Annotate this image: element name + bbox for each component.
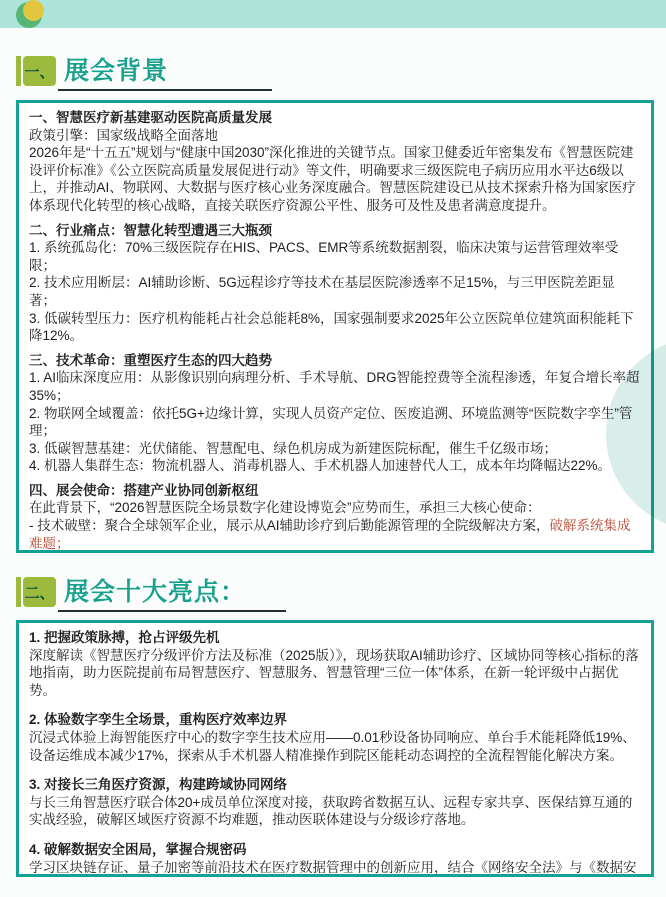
text-segment: 3. 低碳转型压力：医疗机构能耗占社会总能耗8%，国家强制要求2025年公立医院… (29, 311, 634, 344)
section-number: 一、 (24, 61, 54, 82)
text-segment: 3. 低碳智慧基建：光伏储能、智慧配电、绿色机房成为新建医院标配，催生千亿级市场… (29, 441, 557, 456)
top-banner (0, 0, 666, 28)
section1-title: 展会背景 (64, 56, 168, 86)
header-accent-bar (16, 577, 21, 607)
paragraph: 1. 系统孤岛化：70%三级医院存在HIS、PACS、EMR等系统数据割裂，临床… (29, 239, 641, 274)
text-block: 3. 对接长三角医疗资源，构建跨域协同网络与长三角智慧医疗联合体20+成员单位深… (29, 776, 641, 829)
paragraph: 3. 低碳转型压力：医疗机构能耗占社会总能耗8%，国家强制要求2025年公立医院… (29, 310, 641, 345)
text-segment: 政策引擎：国家级战略全面落地 (29, 128, 218, 143)
paragraph: - 生态共建：联合卫健委、医院协会及长三角医疗集团，推动分级诊疗平台标准化与区域… (29, 552, 641, 553)
paragraph: 3. 低碳智慧基建：光伏储能、智慧配电、绿色机房成为新建医院标配，催生千亿级市场… (29, 440, 641, 458)
text-block: 二、行业痛点：智慧化转型遭遇三大瓶颈1. 系统孤岛化：70%三级医院存在HIS、… (29, 222, 641, 345)
block-heading: 3. 对接长三角医疗资源，构建跨域协同网络 (29, 776, 641, 794)
text-block: 1. 把握政策脉搏，抢占评级先机深度解读《智慧医疗分级评价方法及标准（2025版… (29, 629, 641, 699)
section1-header: 一、 展会背景 (16, 54, 168, 88)
paragraph: 在此背景下，“2026智慧医院全场景数字化建设博览会”应势而生，承担三大核心使命… (29, 499, 641, 517)
section-number-badge: 一、 (23, 56, 56, 86)
block-heading: 二、行业痛点：智慧化转型遭遇三大瓶颈 (29, 222, 641, 240)
paragraph: 2026年是“十五五”规划与“健康中国2030”深化推进的关键节点。国家卫健委近… (29, 144, 641, 214)
block-heading: 四、展会使命：搭建产业协同创新枢纽 (29, 482, 641, 500)
text-segment: 沉浸式体验上海智能医疗中心的数字孪生技术应用——0.01秒设备协同响应、单台手术… (29, 730, 636, 763)
header-underline (58, 89, 272, 91)
section2-card: 1. 把握政策脉搏，抢占评级先机深度解读《智慧医疗分级评价方法及标准（2025版… (16, 620, 654, 877)
paragraph: 1. AI临床深度应用：从影像识别向病理分析、手术导航、DRG智能控费等全流程渗… (29, 369, 641, 404)
paragraph: 4. 机器人集群生态：物流机器人、消毒机器人、手术机器人加速替代人工，成本年均降… (29, 457, 641, 475)
paragraph: 深度解读《智慧医疗分级评价方法及标准（2025版）》，现场获取AI辅助诊疗、区域… (29, 647, 641, 700)
text-segment: 与长三角智慧医疗联合体20+成员单位深度对接，获取跨省数据互认、远程专家共享、医… (29, 795, 632, 828)
text-segment: 4. 机器人集群生态：物流机器人、消毒机器人、手术机器人加速替代人工，成本年均降… (29, 458, 611, 473)
section-number-badge: 二、 (23, 577, 56, 607)
decor-yellow-circle (23, 0, 44, 21)
header-accent-bar (16, 56, 21, 86)
text-segment: 学习区块链存证、量子加密等前沿技术在医疗数据管理中的创新应用，结合《网络安全法》… (29, 860, 637, 877)
block-heading: 三、技术革命：重塑医疗生态的四大趋势 (29, 352, 641, 370)
text-block: 4. 破解数据安全困局，掌握合规密码学习区块链存证、量子加密等前沿技术在医疗数据… (29, 841, 641, 877)
text-segment: 2. 技术应用断层：AI辅助诊断、5G远程诊疗等技术在基层医院渗透率不足15%，… (29, 275, 615, 308)
text-block: 一、智慧医疗新基建驱动医院高质量发展政策引擎：国家级战略全面落地2026年是“十… (29, 109, 641, 215)
text-segment: 1. 系统孤岛化：70%三级医院存在HIS、PACS、EMR等系统数据割裂，临床… (29, 240, 618, 273)
text-block: 四、展会使命：搭建产业协同创新枢纽在此背景下，“2026智慧医院全场景数字化建设… (29, 482, 641, 553)
paragraph: 政策引擎：国家级战略全面落地 (29, 127, 641, 145)
paragraph: 2. 物联网全域覆盖：依托5G+边缘计算，实现人员资产定位、医废追溯、环境监测等… (29, 405, 641, 440)
text-segment: 1. AI临床深度应用：从影像识别向病理分析、手术导航、DRG智能控费等全流程渗… (29, 370, 640, 403)
section-number: 二、 (24, 582, 54, 603)
text-segment: 深度解读《智慧医疗分级评价方法及标准（2025版）》，现场获取AI辅助诊疗、区域… (29, 648, 639, 698)
text-block: 三、技术革命：重塑医疗生态的四大趋势1. AI临床深度应用：从影像识别向病理分析… (29, 352, 641, 475)
text-segment: - 技术破壁：聚合全球领军企业，展示从AI辅助诊疗到后勤能源管理的全院级解决方案… (29, 518, 550, 533)
text-segment: 在此背景下，“2026智慧医院全场景数字化建设博览会”应势而生，承担三大核心使命… (29, 500, 541, 515)
header-underline (58, 610, 286, 612)
block-heading: 2. 体验数字孪生全场景，重构医疗效率边界 (29, 711, 641, 729)
paragraph: 学习区块链存证、量子加密等前沿技术在医疗数据管理中的创新应用，结合《网络安全法》… (29, 859, 641, 877)
text-segment: 2. 物联网全域覆盖：依托5G+边缘计算，实现人员资产定位、医废追溯、环境监测等… (29, 406, 632, 439)
block-heading: 4. 破解数据安全困局，掌握合规密码 (29, 841, 641, 859)
paragraph: 沉浸式体验上海智能医疗中心的数字孪生技术应用——0.01秒设备协同响应、单台手术… (29, 729, 641, 764)
paragraph: 2. 技术应用断层：AI辅助诊断、5G远程诊疗等技术在基层医院渗透率不足15%，… (29, 274, 641, 309)
block-heading: 一、智慧医疗新基建驱动医院高质量发展 (29, 109, 641, 127)
section2-title: 展会十大亮点： (64, 577, 246, 607)
paragraph: 与长三角智慧医疗联合体20+成员单位深度对接，获取跨省数据互认、远程专家共享、医… (29, 794, 641, 829)
section2-header: 二、 展会十大亮点： (16, 575, 246, 609)
section1-card: 一、智慧医疗新基建驱动医院高质量发展政策引擎：国家级战略全面落地2026年是“十… (16, 100, 654, 553)
paragraph: - 技术破壁：聚合全球领军企业，展示从AI辅助诊疗到后勤能源管理的全院级解决方案… (29, 517, 641, 552)
text-segment: 2026年是“十五五”规划与“健康中国2030”深化推进的关键节点。国家卫健委近… (29, 145, 636, 213)
text-block: 2. 体验数字孪生全场景，重构医疗效率边界沉浸式体验上海智能医疗中心的数字孪生技… (29, 711, 641, 764)
block-heading: 1. 把握政策脉搏，抢占评级先机 (29, 629, 641, 647)
